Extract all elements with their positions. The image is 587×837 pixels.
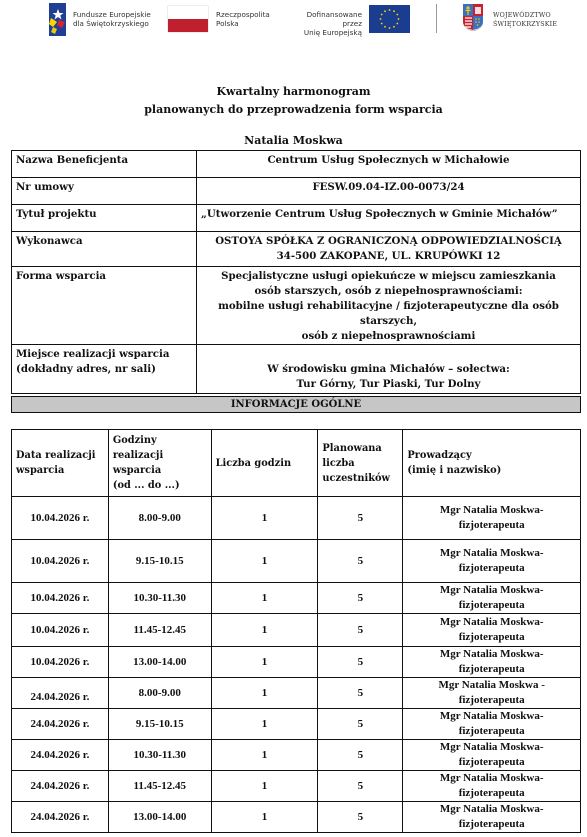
leader-line: Mgr Natalia Moskwa- [405,615,578,630]
info-value-line: OSTOYA SPÓŁKA Z OGRANICZONĄ ODPOWIEDZIAL… [201,234,576,249]
cell-hours: 8.00-9.00 [108,678,211,709]
leader-line: fizjoterapeuta [405,817,578,832]
cell-hours: 9.15-10.15 [108,709,211,740]
schedule-row: 24.04.2026 r.11.45-12.4515Mgr Natalia Mo… [12,771,581,802]
info-row-contractor: Wykonawca OSTOYA SPÓŁKA Z OGRANICZONĄ OD… [12,232,581,267]
polish-flag-icon [168,6,208,32]
header-line: Prowadzący [407,448,576,463]
fe-logo-text: Fundusze Europejskie dla Świętokrzyskieg… [73,10,151,28]
cell-hours: 13.00-14.00 [108,647,211,678]
cell-leader: Mgr Natalia Moskwa-fizjoterapeuta [403,740,581,771]
schedule-table: Data realizacji wsparcia Godziny realiza… [11,429,581,833]
cell-hours: 9.15-10.15 [108,540,211,583]
column-header-date: Data realizacji wsparcia [12,430,109,497]
info-label: Nazwa Beneficjenta [12,151,197,178]
cell-leader: Mgr Natalia Moskwa-fizjoterapeuta [403,709,581,740]
cell-date: 24.04.2026 r. [12,802,109,833]
leader-line: Mgr Natalia Moskwa - [405,678,578,693]
schedule-row: 24.04.2026 r.8.00-9.0015Mgr Natalia Mosk… [12,678,581,709]
leader-line: Mgr Natalia Moskwa- [405,546,578,561]
column-header-hours: Godziny realizacji wsparcia (od ... do .… [108,430,211,497]
schedule-row: 24.04.2026 r.13.00-14.0015Mgr Natalia Mo… [12,802,581,833]
info-row-beneficiary: Nazwa Beneficjenta Centrum Usług Społecz… [12,151,581,178]
info-value-line: Specjalistyczne usługi opiekuńcze w miej… [201,269,576,284]
cell-hours: 13.00-14.00 [108,802,211,833]
schedule-row: 10.04.2026 r.8.00-9.0015Mgr Natalia Mosk… [12,497,581,540]
schedule-row: 10.04.2026 r.11.45-12.4515Mgr Natalia Mo… [12,614,581,647]
info-row-support-form: Forma wsparcia Specjalistyczne usługi op… [12,267,581,345]
cell-date: 10.04.2026 r. [12,647,109,678]
cell-date: 10.04.2026 r. [12,540,109,583]
column-header-participants: Planowana liczba uczestników [318,430,403,497]
cell-hours: 10.30-11.30 [108,583,211,614]
cell-leader: Mgr Natalia Moskwa-fizjoterapeuta [403,614,581,647]
cell-hour-count: 1 [211,583,318,614]
header-line: (imię i nazwisko) [407,463,576,478]
cell-participants: 5 [318,709,403,740]
pl-logo-text: Rzeczpospolita Polska [216,10,270,28]
cell-hours: 11.45-12.45 [108,771,211,802]
eu-logo-text: Dofinansowane przez Unię Europejską [290,10,362,37]
cell-participants: 5 [318,497,403,540]
info-value: Centrum Usług Społecznych w Michałowie [197,151,581,178]
leader-line: fizjoterapeuta [405,786,578,801]
cell-hour-count: 1 [211,497,318,540]
cell-participants: 5 [318,771,403,802]
leader-line: fizjoterapeuta [405,724,578,739]
info-value-line: osób starszych, osób z niepełnosprawnośc… [201,284,576,299]
cell-leader: Mgr Natalia Moskwa-fizjoterapeuta [403,771,581,802]
info-value-line: W środowisku gmina Michałów – sołectwa: [201,362,576,377]
logo-bar: Fundusze Europejskie dla Świętokrzyskieg… [0,0,587,40]
cell-participants: 5 [318,647,403,678]
cell-hour-count: 1 [211,647,318,678]
info-label-line: (dokładny adres, nr sali) [16,362,192,377]
cell-date: 24.04.2026 r. [12,740,109,771]
header-line: wsparcia [113,463,207,478]
leader-line: Mgr Natalia Moskwa- [405,647,578,662]
person-name: Natalia Moskwa [0,134,587,147]
logo-divider [436,4,437,33]
leader-line: fizjoterapeuta [405,518,578,533]
cell-participants: 5 [318,678,403,709]
info-value: OSTOYA SPÓŁKA Z OGRANICZONĄ ODPOWIEDZIAL… [197,232,581,267]
info-label: Miejsce realizacji wsparcia (dokładny ad… [12,345,197,394]
info-value-line: osób z niepełnosprawnościami [201,329,576,344]
cell-leader: Mgr Natalia Moskwa-fizjoterapeuta [403,540,581,583]
cell-leader: Mgr Natalia Moskwa-fizjoterapeuta [403,647,581,678]
cell-hours: 10.30-11.30 [108,740,211,771]
cell-hour-count: 1 [211,802,318,833]
header-line: Data realizacji [16,448,104,463]
cell-leader: Mgr Natalia Moskwa-fizjoterapeuta [403,802,581,833]
cell-date: 24.04.2026 r. [12,771,109,802]
column-header-leader: Prowadzący (imię i nazwisko) [403,430,581,497]
header-line: (od ... do ...) [113,478,207,493]
leader-line: fizjoterapeuta [405,693,578,708]
leader-line: fizjoterapeuta [405,755,578,770]
info-label: Tytuł projektu [12,205,197,232]
schedule-row: 24.04.2026 r.10.30-11.3015Mgr Natalia Mo… [12,740,581,771]
schedule-row: 10.04.2026 r.13.00-14.0015Mgr Natalia Mo… [12,647,581,678]
leader-line: fizjoterapeuta [405,630,578,645]
info-value-line: 34-500 ZAKOPANE, UL. KRUPÓWKI 12 [201,249,576,264]
schedule-row: 24.04.2026 r.9.15-10.1515Mgr Natalia Mos… [12,709,581,740]
info-value: „Utworzenie Centrum Usług Społecznych w … [197,205,581,232]
info-value: Specjalistyczne usługi opiekuńcze w miej… [197,267,581,345]
cell-participants: 5 [318,583,403,614]
cell-date: 24.04.2026 r. [12,678,109,709]
info-value: W środowisku gmina Michałów – sołectwa: … [197,345,581,394]
document-title-line1: Kwartalny harmonogram [0,85,587,98]
document-title-line2: planowanych do przeprowadzenia form wspa… [0,103,587,116]
info-value-line: Tur Górny, Tur Piaski, Tur Dolny [201,377,576,392]
cell-hour-count: 1 [211,771,318,802]
column-header-hour-count: Liczba godzin [211,430,318,497]
cell-leader: Mgr Natalia Moskwa-fizjoterapeuta [403,497,581,540]
info-label: Forma wsparcia [12,267,197,345]
header-line: Godziny realizacji [113,433,207,463]
cell-leader: Mgr Natalia Moskwa-fizjoterapeuta [403,583,581,614]
leader-line: fizjoterapeuta [405,598,578,613]
fundusze-europejskie-logo-icon [49,3,66,36]
cell-hours: 11.45-12.45 [108,614,211,647]
schedule-row: 10.04.2026 r.9.15-10.1515Mgr Natalia Mos… [12,540,581,583]
cell-hour-count: 1 [211,540,318,583]
header-line: wsparcia [16,463,104,478]
cell-participants: 5 [318,802,403,833]
region-logo-text: WOJEWÓDZTWO ŚWIĘTOKRZYSKIE [493,11,557,29]
cell-leader: Mgr Natalia Moskwa -fizjoterapeuta [403,678,581,709]
cell-hour-count: 1 [211,740,318,771]
leader-line: fizjoterapeuta [405,561,578,576]
cell-hour-count: 1 [211,614,318,647]
cell-date: 10.04.2026 r. [12,497,109,540]
leader-line: fizjoterapeuta [405,662,578,677]
info-row-contract-number: Nr umowy FESW.09.04-IZ.00-0073/24 [12,178,581,205]
info-row-project-title: Tytuł projektu „Utworzenie Centrum Usług… [12,205,581,232]
info-label: Nr umowy [12,178,197,205]
leader-line: Mgr Natalia Moskwa- [405,503,578,518]
schedule-header-row: Data realizacji wsparcia Godziny realiza… [12,430,581,497]
section-title-general-info: INFORMACJE OGÓLNE [11,396,581,413]
info-row-location: Miejsce realizacji wsparcia (dokładny ad… [12,345,581,394]
leader-line: Mgr Natalia Moskwa- [405,740,578,755]
header-line: Liczba godzin [216,456,314,471]
cell-date: 10.04.2026 r. [12,614,109,647]
cell-date: 10.04.2026 r. [12,583,109,614]
cell-participants: 5 [318,614,403,647]
header-line: liczba [322,456,398,471]
header-line: uczestników [322,471,398,486]
info-label: Wykonawca [12,232,197,267]
cell-participants: 5 [318,540,403,583]
info-label-line: Miejsce realizacji wsparcia [16,347,192,362]
info-value-line: mobilne usługi rehabilitacyjne / fizjote… [201,299,576,329]
cell-participants: 5 [318,740,403,771]
schedule-row: 10.04.2026 r.10.30-11.3015Mgr Natalia Mo… [12,583,581,614]
cell-hours: 8.00-9.00 [108,497,211,540]
cell-hour-count: 1 [211,709,318,740]
leader-line: Mgr Natalia Moskwa- [405,709,578,724]
leader-line: Mgr Natalia Moskwa- [405,771,578,786]
cell-date: 24.04.2026 r. [12,709,109,740]
project-info-table: Nazwa Beneficjenta Centrum Usług Społecz… [11,150,581,394]
header-line: Planowana [322,441,398,456]
swietokrzyskie-coat-of-arms-icon [463,4,483,31]
info-value: FESW.09.04-IZ.00-0073/24 [197,178,581,205]
leader-line: Mgr Natalia Moskwa- [405,583,578,598]
leader-line: Mgr Natalia Moskwa- [405,802,578,817]
cell-hour-count: 1 [211,678,318,709]
eu-flag-icon [369,5,410,33]
